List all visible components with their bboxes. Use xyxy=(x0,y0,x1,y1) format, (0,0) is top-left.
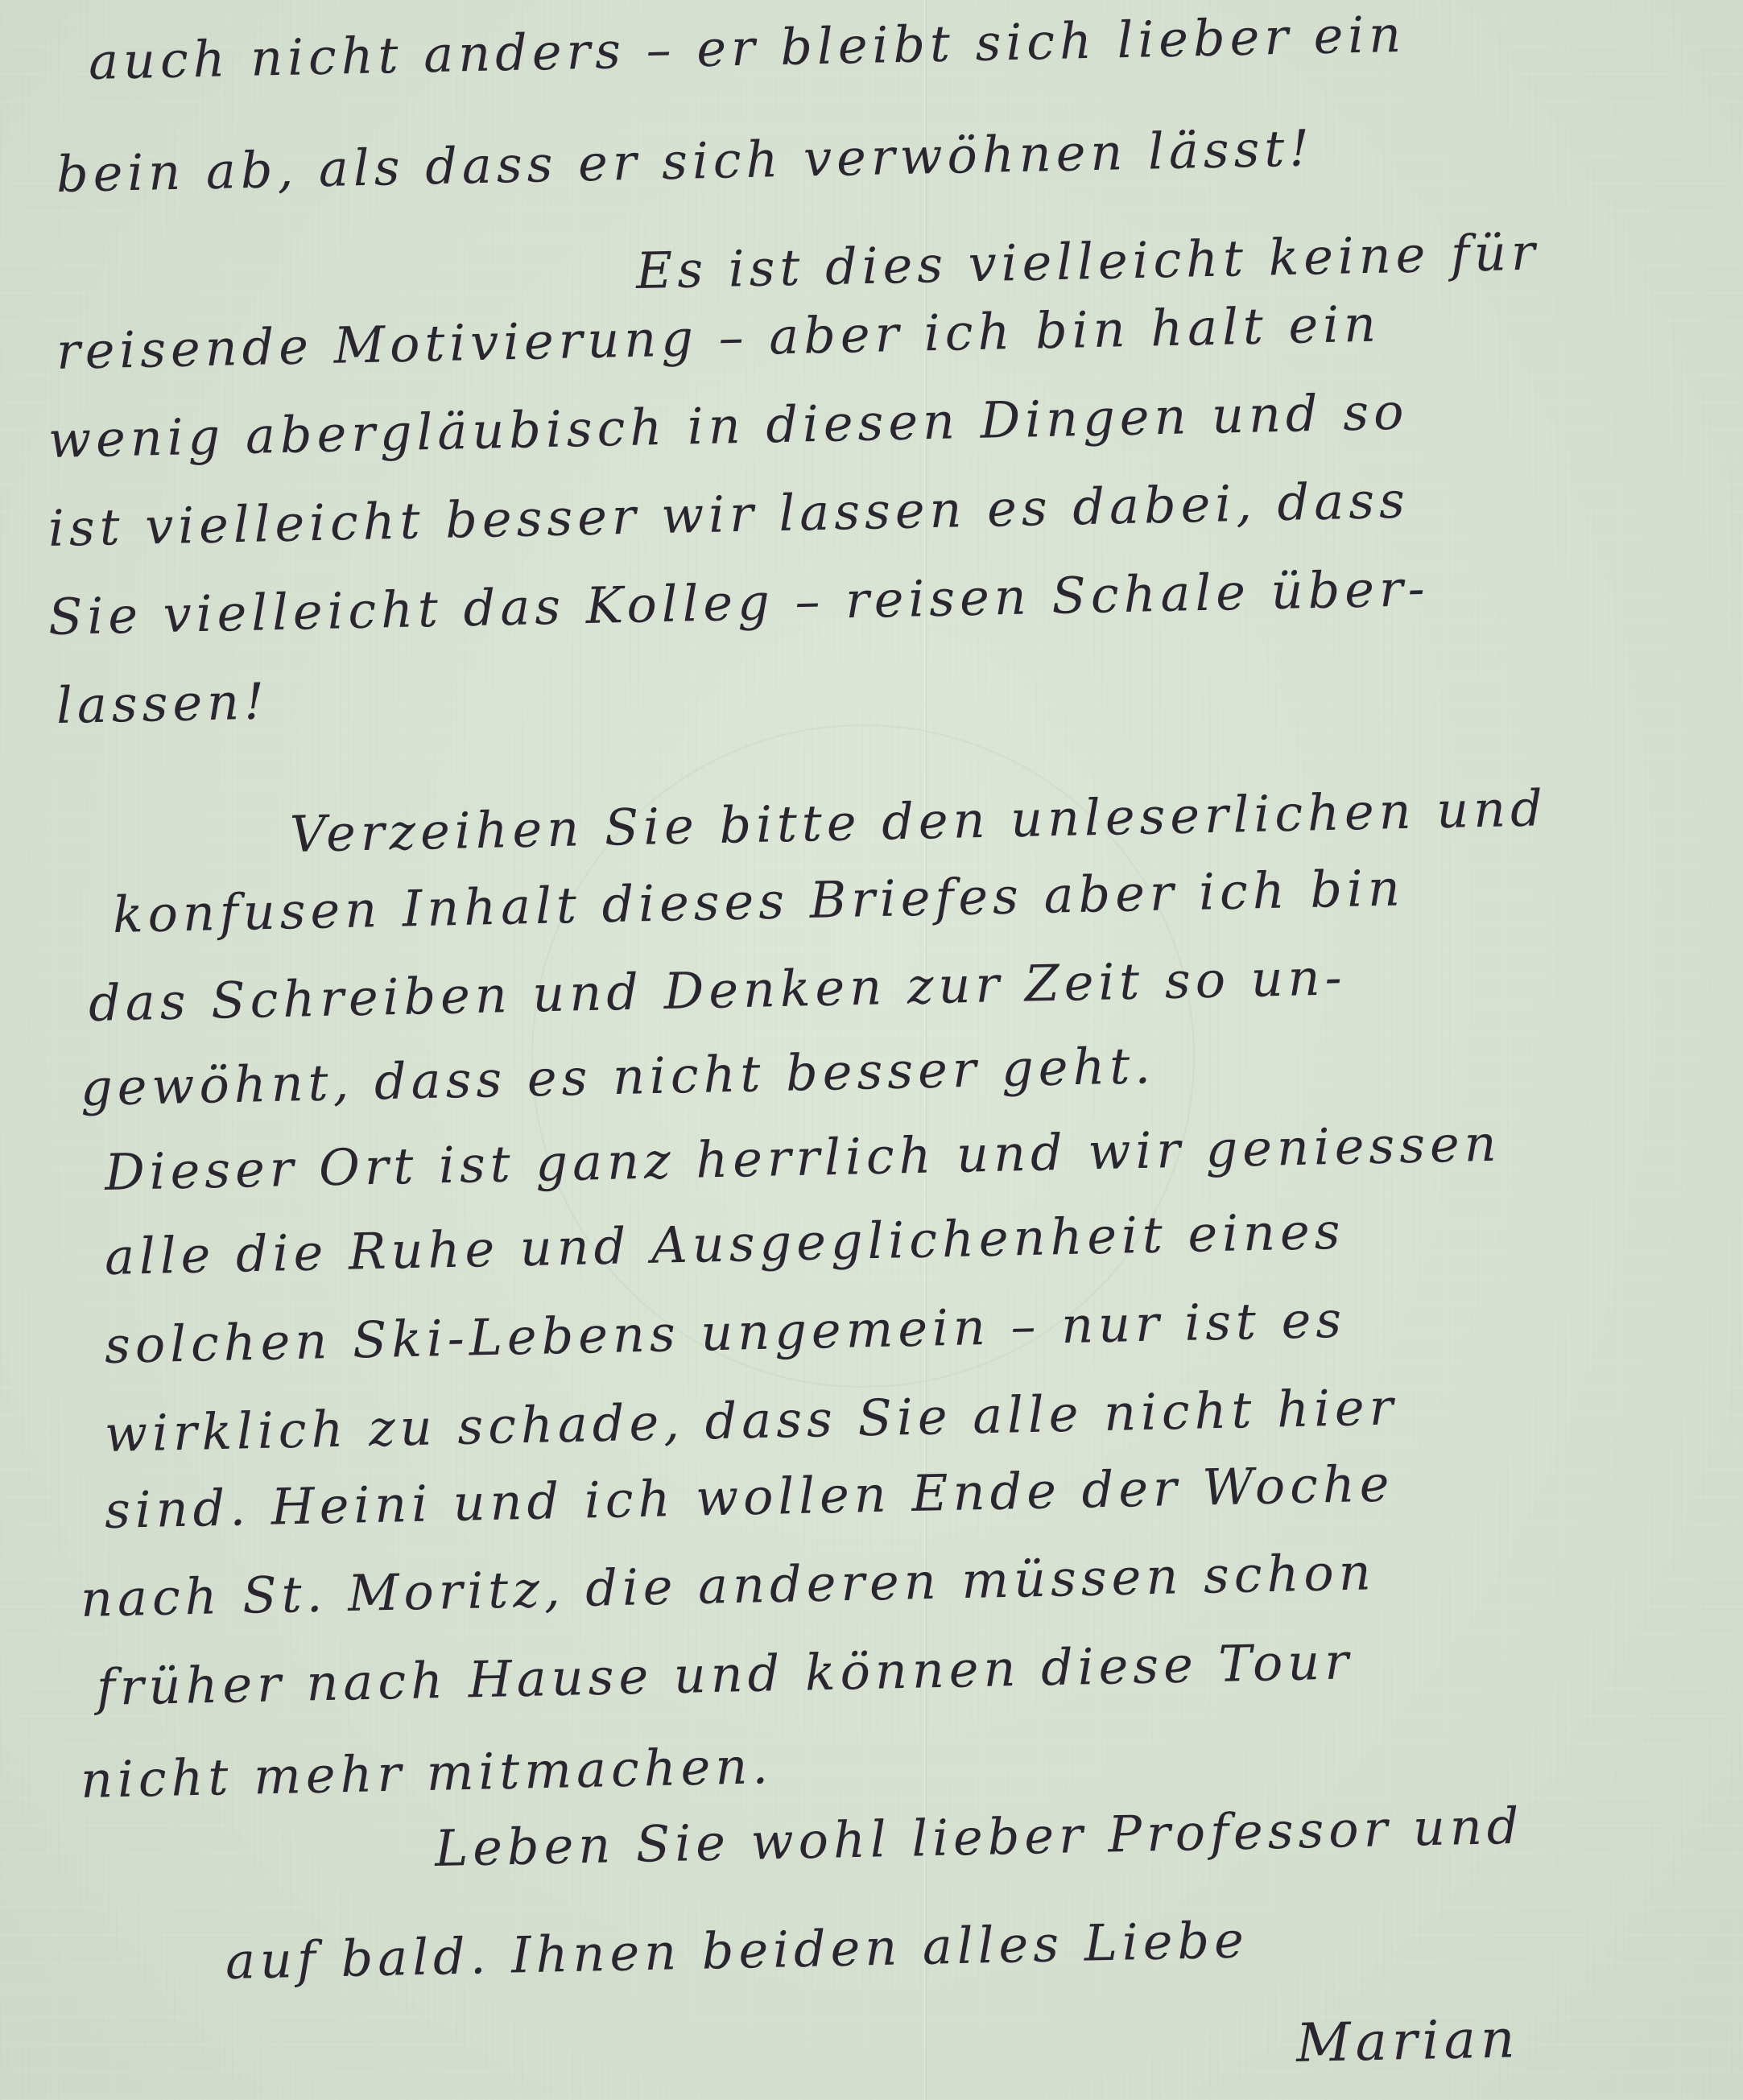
letter-line: Dieser Ort ist ganz herrlich und wir gen… xyxy=(104,1114,1501,1202)
letter-line: reisende Motivierung – aber ich bin halt… xyxy=(56,295,1381,381)
letter-line: solchen Ski-Lebens ungemein – nur ist es xyxy=(104,1290,1347,1375)
letter-line: alle die Ruhe und Ausgeglichenheit eines xyxy=(104,1202,1345,1286)
letter-line: konfusen Inhalt dieses Briefes aber ich … xyxy=(112,858,1405,944)
letter-line: sind. Heini und ich wollen Ende der Woch… xyxy=(104,1454,1394,1540)
letter-line: Verzeihen Sie bitte den unleserlichen un… xyxy=(289,778,1547,864)
letter-line: wenig abergläubisch in diesen Dingen und… xyxy=(47,382,1409,469)
letter-line: ist vielleicht besser wir lassen es dabe… xyxy=(47,471,1410,558)
letter-line: das Schreiben und Denken zur Zeit so un- xyxy=(88,947,1347,1033)
letter-line: Leben Sie wohl lieber Professor und xyxy=(434,1797,1524,1878)
letter-line: gewöhnt, dass es nicht besser geht. xyxy=(80,1036,1155,1117)
letter-line: nicht mehr mitmachen. xyxy=(80,1736,773,1809)
signature: Marian xyxy=(1295,2007,1520,2074)
letter-line: Es ist dies vielleicht keine für xyxy=(635,222,1540,299)
letter-line: nach St. Moritz, die anderen müssen scho… xyxy=(80,1542,1376,1628)
letter-line: wirklich zu schade, dass Sie alle nicht … xyxy=(104,1377,1398,1463)
letter-line: bein ab, als dass er sich verwöhnen läss… xyxy=(56,118,1315,204)
letter-line: auf bald. Ihnen beiden alles Liebe xyxy=(225,1910,1249,1991)
letter-line: früher nach Hause und können diese Tour xyxy=(96,1632,1353,1717)
letter-line: lassen! xyxy=(56,671,269,735)
letter-line: auch nicht anders – er bleibt sich liebe… xyxy=(88,5,1406,91)
handwritten-letter-page: auch nicht anders – er bleibt sich liebe… xyxy=(0,0,1743,2100)
letter-line: Sie vielleicht das Kolleg – reisen Schal… xyxy=(47,559,1430,646)
